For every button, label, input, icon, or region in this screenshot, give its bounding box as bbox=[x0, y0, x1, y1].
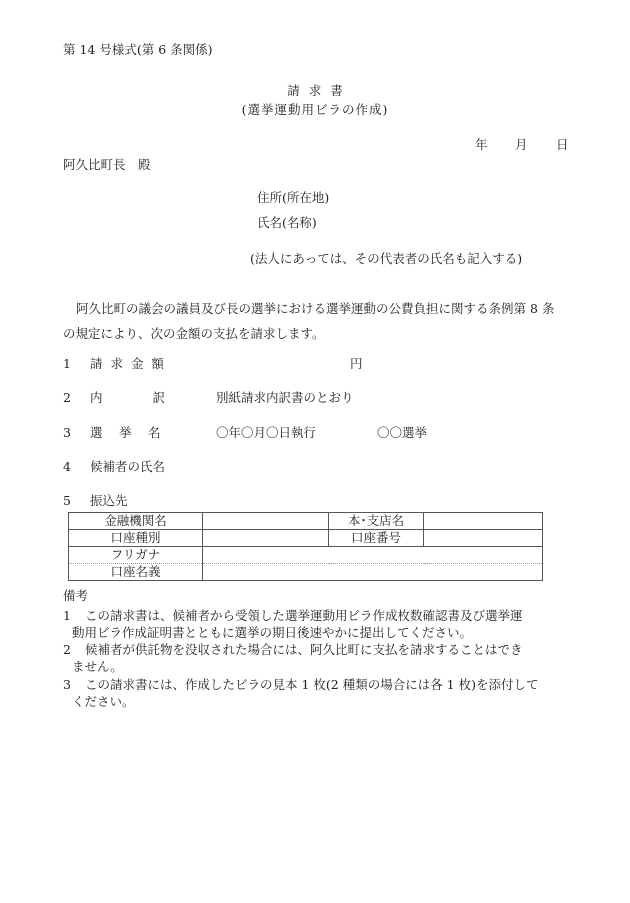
item-label-candidate: 候補者の氏名 bbox=[90, 461, 165, 474]
item-number: 3 bbox=[63, 427, 71, 440]
item-label-amount: 請 求 金 額 bbox=[90, 358, 166, 371]
note-line: 候補者が供託物を没収された場合には、阿久比町に支払を請求することはでき bbox=[85, 642, 523, 657]
account-type-label: 口座種別 bbox=[69, 530, 203, 547]
item-number: 1 bbox=[63, 358, 71, 371]
note-line: ください。 bbox=[63, 694, 135, 709]
note-item: 1この請求書は、候補者から受領した選挙運動用ビラ作成枚数確認書及び選挙運 動用ビ… bbox=[63, 607, 563, 641]
item-label-breakdown: 内 訳 bbox=[90, 392, 165, 405]
account-number-label: 口座番号 bbox=[329, 530, 424, 547]
item-label-transfer: 振込先 bbox=[90, 495, 128, 508]
account-type-field[interactable] bbox=[203, 530, 329, 547]
bank-table: 金融機関名 本･支店名 口座種別 口座番号 フリガナ 口座名義 bbox=[68, 512, 543, 581]
name-label: 氏名(名称) bbox=[257, 217, 317, 230]
item-number: 5 bbox=[63, 495, 71, 508]
bank-name-field[interactable] bbox=[203, 513, 329, 530]
address-label: 住所(所在地) bbox=[257, 192, 329, 205]
notes-title: 備考 bbox=[63, 590, 88, 603]
bank-name-label: 金融機関名 bbox=[69, 513, 203, 530]
table-row: フリガナ bbox=[69, 547, 543, 564]
note-item: 3この請求書には、作成したビラの見本 1 枚(2 種類の場合には各 1 枚)を添… bbox=[63, 676, 563, 710]
account-holder-field[interactable] bbox=[203, 564, 543, 581]
note-number: 2 bbox=[63, 641, 85, 658]
item-label-election: 選 挙 名 bbox=[90, 427, 160, 440]
document-subtitle: (選挙運動用ビラの作成) bbox=[0, 104, 630, 117]
document-title: 請求書 bbox=[0, 85, 630, 98]
table-row: 金融機関名 本･支店名 bbox=[69, 513, 543, 530]
amount-unit: 円 bbox=[350, 358, 363, 371]
furigana-label: フリガナ bbox=[69, 547, 203, 564]
breakdown-value: 別紙請求内訳書のとおり bbox=[216, 392, 354, 405]
note-item: 2候補者が供託物を没収された場合には、阿久比町に支払を請求することはでき ません… bbox=[63, 641, 563, 675]
corporation-note: (法人にあっては、その代表者の氏名も記入する) bbox=[250, 253, 522, 266]
table-row: 口座名義 bbox=[69, 564, 543, 581]
note-line: この請求書は、候補者から受領した選挙運動用ビラ作成枚数確認書及び選挙運 bbox=[85, 608, 523, 623]
note-line: ません。 bbox=[63, 659, 123, 674]
furigana-field[interactable] bbox=[203, 547, 543, 564]
account-holder-label: 口座名義 bbox=[69, 564, 203, 581]
note-line: 動用ビラ作成証明書とともに選挙の期日後速やかに提出してください。 bbox=[63, 625, 472, 640]
item-number: 2 bbox=[63, 392, 71, 405]
form-number: 第 14 号様式(第 6 条関係) bbox=[63, 44, 213, 57]
date-year: 年 bbox=[475, 139, 488, 152]
account-number-field[interactable] bbox=[424, 530, 543, 547]
election-date: 〇年〇月〇日執行 bbox=[216, 427, 316, 440]
branch-name-field[interactable] bbox=[424, 513, 543, 530]
date-month: 月 bbox=[515, 139, 528, 152]
addressee: 阿久比町長 殿 bbox=[63, 159, 151, 172]
note-number: 3 bbox=[63, 676, 85, 693]
election-name: 〇〇選挙 bbox=[377, 427, 427, 440]
date-day: 日 bbox=[556, 139, 569, 152]
branch-name-label: 本･支店名 bbox=[329, 513, 424, 530]
table-row: 口座種別 口座番号 bbox=[69, 530, 543, 547]
body-text: 阿久比町の議会の議員及び長の選挙における選挙運動の公費負担に関する条例第 8 条… bbox=[63, 296, 563, 346]
note-line: この請求書には、作成したビラの見本 1 枚(2 種類の場合には各 1 枚)を添付… bbox=[85, 677, 538, 692]
item-number: 4 bbox=[63, 461, 71, 474]
note-number: 1 bbox=[63, 607, 85, 624]
